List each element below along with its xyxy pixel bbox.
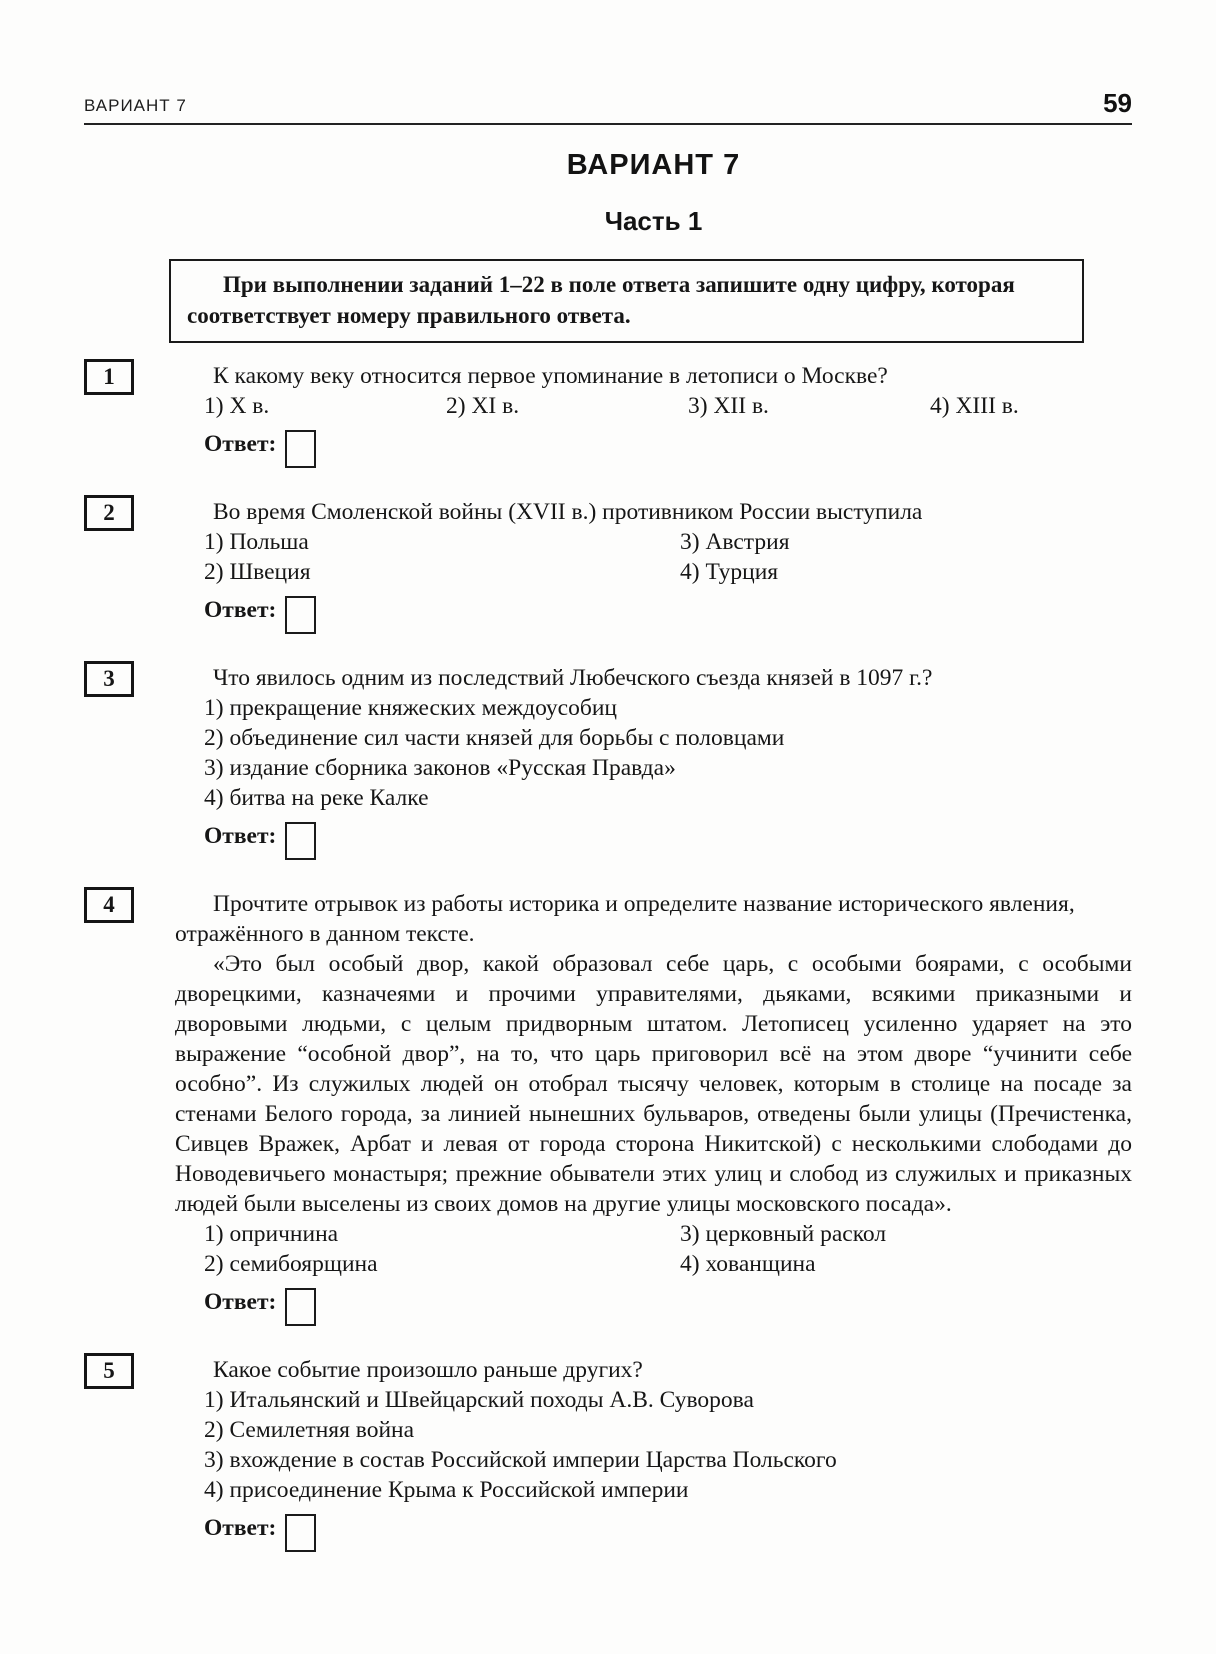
exam-page: ВАРИАНТ 7 59 ВАРИАНТ 7 Часть 1 При выпол…: [0, 0, 1216, 1654]
answer-row: Ответ:: [204, 821, 1132, 865]
option-item: 1) X в.: [204, 391, 446, 421]
options-grid: 1) Польша 3) Австрия 2) Швеция 4) Турция: [204, 527, 1132, 587]
question-number: 1: [103, 364, 115, 390]
option-item: 4) битва на реке Калке: [204, 783, 1132, 813]
option-item: 4) Турция: [680, 557, 1132, 587]
page-content: ВАРИАНТ 7 Часть 1 При выполнении заданий…: [175, 149, 1132, 1557]
option-item: 1) прекращение княжеских междоусобиц: [204, 693, 1132, 723]
answer-row: Ответ:: [204, 1287, 1132, 1331]
option-item: 2) Семилетняя война: [204, 1415, 1132, 1445]
source-passage: «Это был особый двор, какой образовал се…: [175, 949, 1132, 1219]
question-text: Во время Смоленской войны (XVII в.) прот…: [175, 497, 1132, 527]
answer-label: Ответ:: [204, 1287, 276, 1317]
answer-label: Ответ:: [204, 821, 276, 851]
question-2: 2 Во время Смоленской войны (XVII в.) пр…: [175, 497, 1132, 639]
option-item: 4) хованщина: [680, 1249, 1132, 1279]
options-grid: 1) опричнина 3) церковный раскол 2) семи…: [204, 1219, 1132, 1279]
question-4: 4 Прочтите отрывок из работы историка и …: [175, 889, 1132, 1331]
question-3: 3 Что явилось одним из последствий Любеч…: [175, 663, 1132, 865]
answer-input-box[interactable]: [285, 596, 316, 634]
question-number: 3: [103, 666, 115, 692]
question-number-box: 2: [84, 495, 134, 531]
options-row: 1) X в. 2) XI в. 3) XII в. 4) XIII в.: [204, 391, 1132, 421]
question-5: 5 Какое событие произошло раньше других?…: [175, 1355, 1132, 1557]
option-item: 1) Итальянский и Швейцарский походы А.В.…: [204, 1385, 1132, 1415]
question-text: Что явилось одним из последствий Любечск…: [175, 663, 1132, 693]
question-intro: Прочтите отрывок из работы историка и оп…: [175, 889, 1132, 949]
question-text: Какое событие произошло раньше других?: [175, 1355, 1132, 1385]
question-number-box: 3: [84, 661, 134, 697]
answer-label: Ответ:: [204, 1513, 276, 1543]
question-number: 2: [103, 500, 115, 526]
option-item: 4) присоединение Крыма к Российской импе…: [204, 1475, 1132, 1505]
answer-input-box[interactable]: [285, 822, 316, 860]
answer-row: Ответ:: [204, 429, 1132, 473]
option-item: 3) вхождение в состав Российской империи…: [204, 1445, 1132, 1475]
option-item: 3) Австрия: [680, 527, 1132, 557]
question-text: К какому веку относится первое упоминани…: [175, 361, 1132, 391]
running-header: ВАРИАНТ 7 59: [84, 90, 1132, 125]
question-number: 4: [103, 892, 115, 918]
question-1: 1 К какому веку относится первое упомина…: [175, 361, 1132, 473]
question-number-box: 1: [84, 359, 134, 395]
question-number-box: 5: [84, 1353, 134, 1389]
answer-input-box[interactable]: [285, 1288, 316, 1326]
question-number: 5: [103, 1358, 115, 1384]
option-item: 3) церковный раскол: [680, 1219, 1132, 1249]
options-list: 1) Итальянский и Швейцарский походы А.В.…: [204, 1385, 1132, 1505]
page-number: 59: [1103, 90, 1132, 116]
option-item: 2) объединение сил части князей для борь…: [204, 723, 1132, 753]
instruction-box: При выполнении заданий 1–22 в поле ответ…: [169, 259, 1084, 343]
option-item: 3) издание сборника законов «Русская Пра…: [204, 753, 1132, 783]
options-list: 1) прекращение княжеских междоусобиц 2) …: [204, 693, 1132, 813]
part-title: Часть 1: [175, 206, 1132, 237]
question-number-box: 4: [84, 887, 134, 923]
option-item: 4) XIII в.: [930, 391, 1019, 421]
option-item: 2) XI в.: [446, 391, 688, 421]
page-title: ВАРИАНТ 7: [175, 149, 1132, 182]
answer-row: Ответ:: [204, 1513, 1132, 1557]
answer-label: Ответ:: [204, 595, 276, 625]
running-header-title: ВАРИАНТ 7: [84, 96, 187, 116]
option-item: 3) XII в.: [688, 391, 930, 421]
option-item: 2) семибоярщина: [204, 1249, 680, 1279]
answer-input-box[interactable]: [285, 430, 316, 468]
answer-input-box[interactable]: [285, 1514, 316, 1552]
answer-row: Ответ:: [204, 595, 1132, 639]
option-item: 1) опричнина: [204, 1219, 680, 1249]
answer-label: Ответ:: [204, 429, 276, 459]
option-item: 2) Швеция: [204, 557, 680, 587]
option-item: 1) Польша: [204, 527, 680, 557]
